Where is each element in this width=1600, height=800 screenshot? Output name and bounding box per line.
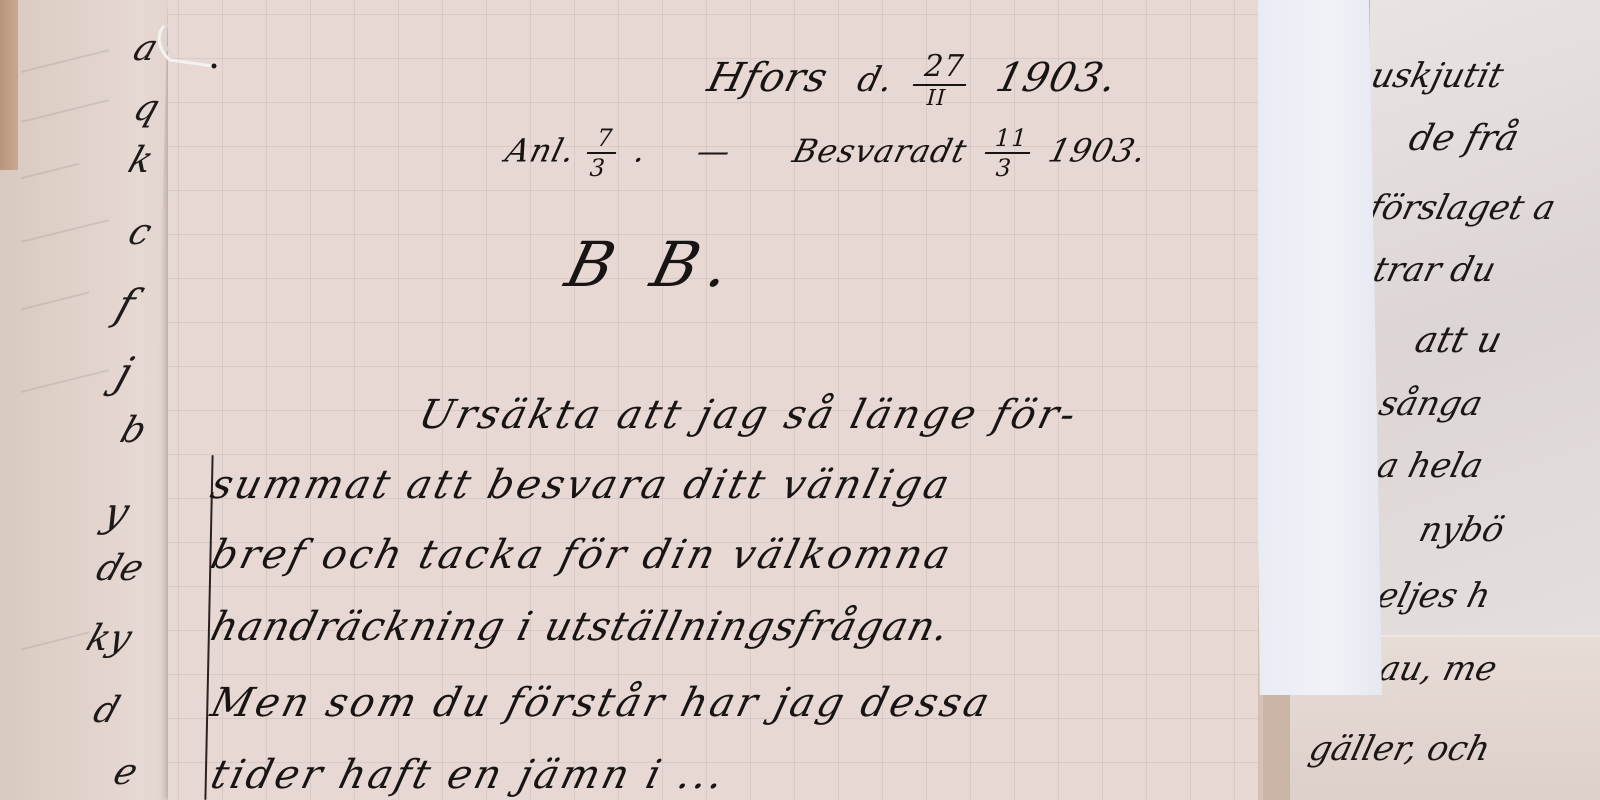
right-letter-fragment: förslaget a — [1365, 188, 1560, 228]
ghost-writing — [21, 292, 89, 311]
right-letter-fragment: sånga — [1375, 384, 1487, 424]
anl-numerator: 7 — [587, 126, 622, 154]
letter-date-line: Hfors d. 27 II 1903. — [701, 52, 1123, 110]
main-letter: Hfors d. 27 II 1903. Anl. 7 3 . — Besvar… — [168, 0, 1258, 800]
annotation-dash: — — [693, 132, 735, 170]
left-letter-fragment: e — [108, 752, 143, 793]
salutation: B B. — [559, 228, 748, 301]
anl-dot: . — [631, 132, 652, 170]
ghost-writing — [21, 369, 109, 393]
binding-thread-icon — [150, 20, 220, 76]
date-fraction: 27 II — [907, 52, 974, 110]
answered-year: 1903. — [1045, 132, 1151, 170]
date-prefix: d. — [853, 60, 898, 100]
body-line: Men som du förstår har jag dessa — [206, 680, 996, 726]
right-letter-fragment: de frå — [1405, 118, 1523, 159]
body-line: summat att besvara ditt vänliga — [206, 462, 956, 508]
right-letter-fragment: trar du — [1369, 250, 1500, 290]
left-letter-fragment: y — [98, 490, 136, 536]
place-name: Hfors — [703, 55, 833, 101]
right-letter-fragment: att u — [1411, 320, 1506, 361]
body-line: handräckning i utställningsfrågan. — [206, 604, 954, 650]
right-letter-fragment: uskjutit — [1367, 56, 1508, 96]
body-line: Ursäkta att jag så länge för- — [414, 392, 1083, 438]
left-letter-fragment: d — [88, 690, 124, 731]
answered-fraction: 11 3 — [978, 126, 1036, 180]
body-line: tider haft en jämn i ... — [206, 752, 731, 798]
date-month: II — [924, 86, 949, 110]
left-letter-fragment: q — [128, 88, 164, 129]
left-letter-fragment: b — [115, 410, 151, 451]
ghost-writing — [21, 49, 109, 73]
body-line: bref och tacka för din välkomna — [206, 532, 957, 578]
white-paper-strip — [1252, 0, 1382, 695]
right-background-letter: uskjutit de frå förslaget a trar du att … — [1370, 0, 1600, 640]
table-surface — [0, 0, 18, 170]
ghost-writing — [21, 99, 109, 123]
answered-denominator: 3 — [993, 154, 1016, 180]
date-year: 1903. — [991, 55, 1122, 101]
left-letter-fragment: de — [91, 548, 149, 589]
left-letter-fragment: f — [110, 280, 141, 329]
ghost-writing — [21, 632, 89, 651]
answered-numerator: 11 — [985, 126, 1037, 154]
anl-denominator: 3 — [587, 154, 610, 180]
anl-fraction: 7 3 — [581, 126, 623, 180]
left-letter-fragment: ky — [81, 618, 136, 659]
anl-label: Anl. — [502, 132, 580, 170]
right-letter-fragment: eljes h — [1373, 576, 1495, 616]
right-letter-fragment: au, me — [1375, 649, 1501, 689]
right-letter-fragment: nybö — [1415, 510, 1508, 550]
left-letter-fragment: j — [110, 348, 139, 397]
left-letter-fragment: c — [123, 212, 156, 253]
answered-label: Besvaradt — [789, 132, 971, 170]
answered-annotation: Anl. 7 3 . — Besvaradt 11 3 1903. — [499, 126, 1152, 180]
right-letter-fragment: a hela — [1373, 446, 1487, 486]
left-letter-fragment: k — [123, 140, 158, 181]
ghost-writing — [21, 219, 109, 243]
date-day: 27 — [913, 52, 974, 86]
ghost-writing — [21, 163, 80, 179]
right-letter-fragment: gäller, och — [1305, 729, 1494, 769]
